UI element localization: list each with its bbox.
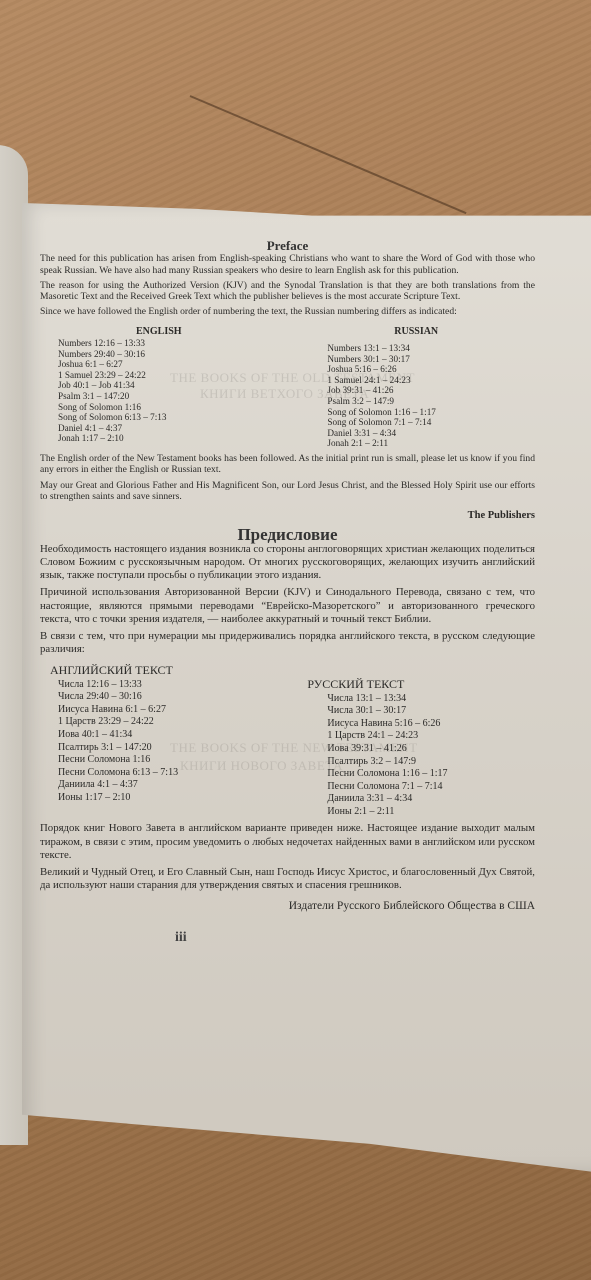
- ref-item: Job 40:1 – Job 41:34: [58, 380, 278, 391]
- ref-item: Иисуса Навина 6:1 – 6:27: [58, 704, 278, 717]
- preface-paragraph-ru: Необходимость настоящего издания возникл…: [40, 543, 535, 583]
- ref-item: Joshua 5:16 – 6:26: [327, 364, 535, 375]
- ref-item: Псалтирь 3:1 – 147:20: [58, 742, 278, 755]
- preface-paragraph-ru: Порядок книг Нового Завета в английском …: [40, 822, 535, 862]
- ref-item: Daniel 4:1 – 4:37: [58, 423, 278, 434]
- english-ref-list: Numbers 12:16 – 13:33 Numbers 29:40 – 30…: [40, 338, 278, 444]
- ref-item: Даниила 3:31 – 4:34: [327, 793, 535, 806]
- ref-item: Daniel 3:31 – 4:34: [327, 428, 535, 439]
- preface-paragraph-ru: Причиной использования Авторизованной Ве…: [40, 586, 535, 626]
- ref-item: Numbers 30:1 – 30:17: [327, 354, 535, 365]
- ref-item: Song of Solomon 7:1 – 7:14: [327, 417, 535, 428]
- english-column-heading: ENGLISH: [40, 326, 278, 337]
- ref-item: Numbers 29:40 – 30:16: [58, 349, 278, 360]
- ref-item: Песни Соломона 1:16 – 1:17: [327, 768, 535, 781]
- ref-item: Песни Соломона 7:1 – 7:14: [327, 781, 535, 794]
- ref-item: Псалтирь 3:2 – 147:9: [327, 756, 535, 769]
- ref-item: Песни Соломона 1:16: [58, 754, 278, 767]
- ref-item: Job 39:31 – 41:26: [327, 385, 535, 396]
- ref-item: Числа 12:16 – 13:33: [58, 679, 278, 692]
- preface-paragraph-ru: Великий и Чудный Отец, и Его Славный Сын…: [40, 866, 535, 892]
- preface-paragraph: Since we have followed the English order…: [40, 306, 535, 317]
- ref-item: Song of Solomon 6:13 – 7:13: [58, 412, 278, 423]
- ref-item: Ионы 2:1 – 2:11: [327, 806, 535, 819]
- ref-item: Jonah 2:1 – 2:11: [327, 438, 535, 449]
- page-content: Preface The need for this publication ha…: [40, 240, 535, 943]
- ref-item: Даниила 4:1 – 4:37: [58, 779, 278, 792]
- english-column-ru: АНГЛИЙСКИЙ ТЕКСТ Числа 12:16 – 13:33 Чис…: [40, 664, 278, 818]
- preface-title-ru: Предисловие: [40, 528, 535, 541]
- ref-item: Jonah 1:17 – 2:10: [58, 433, 278, 444]
- ref-item: Числа 30:1 – 30:17: [327, 705, 535, 718]
- ref-item: Psalm 3:1 – 147:20: [58, 391, 278, 402]
- russian-ref-list: Numbers 13:1 – 13:34 Numbers 30:1 – 30:1…: [297, 343, 535, 449]
- ref-item: Joshua 6:1 – 6:27: [58, 359, 278, 370]
- english-column-heading-ru: АНГЛИЙСКИЙ ТЕКСТ: [40, 664, 278, 677]
- ref-item: 1 Царств 24:1 – 24:23: [327, 730, 535, 743]
- signature-ru: Издатели Русского Библейского Общества в…: [40, 900, 535, 913]
- preface-title: Preface: [40, 240, 535, 251]
- preface-paragraph: The need for this publication has arisen…: [40, 253, 535, 276]
- ref-item: Числа 29:40 – 30:16: [58, 691, 278, 704]
- russian-column-ru: РУССКИЙ ТЕКСТ Числа 13:1 – 13:34 Числа 3…: [297, 664, 535, 818]
- english-ref-list-ru: Числа 12:16 – 13:33 Числа 29:40 – 30:16 …: [40, 679, 278, 805]
- ref-item: 1 Samuel 23:29 – 24:22: [58, 370, 278, 381]
- ref-item: 1 Царств 23:29 – 24:22: [58, 716, 278, 729]
- preface-russian: Предисловие Необходимость настоящего изд…: [40, 528, 535, 914]
- ref-item: Иисуса Навина 5:16 – 6:26: [327, 718, 535, 731]
- signature-en: The Publishers: [40, 510, 535, 521]
- english-column: ENGLISH Numbers 12:16 – 13:33 Numbers 29…: [40, 326, 278, 449]
- numbering-comparison-ru: АНГЛИЙСКИЙ ТЕКСТ Числа 12:16 – 13:33 Чис…: [40, 664, 535, 818]
- ref-item: Ионы 1:17 – 2:10: [58, 792, 278, 805]
- numbering-comparison-en: ENGLISH Numbers 12:16 – 13:33 Numbers 29…: [40, 326, 535, 449]
- preface-english: Preface The need for this publication ha…: [40, 240, 535, 522]
- ref-item: Song of Solomon 1:16 – 1:17: [327, 407, 535, 418]
- preface-paragraph: The reason for using the Authorized Vers…: [40, 280, 535, 303]
- ref-item: Иова 39:31 – 41:26: [327, 743, 535, 756]
- ref-item: Песни Соломона 6:13 – 7:13: [58, 767, 278, 780]
- preface-paragraph-ru: В связи с тем, что при нумерации мы прид…: [40, 630, 535, 656]
- page-number: iii: [175, 932, 535, 943]
- russian-column: RUSSIAN Numbers 13:1 – 13:34 Numbers 30:…: [297, 326, 535, 449]
- russian-column-heading-ru: РУССКИЙ ТЕКСТ: [297, 678, 535, 691]
- russian-column-heading: RUSSIAN: [297, 326, 535, 337]
- ref-item: Numbers 13:1 – 13:34: [327, 343, 535, 354]
- ref-item: Psalm 3:2 – 147:9: [327, 396, 535, 407]
- ref-item: Numbers 12:16 – 13:33: [58, 338, 278, 349]
- preface-paragraph: The English order of the New Testament b…: [40, 453, 535, 476]
- russian-ref-list-ru: Числа 13:1 – 13:34 Числа 30:1 – 30:17 Ии…: [297, 693, 535, 819]
- ref-item: Иова 40:1 – 41:34: [58, 729, 278, 742]
- ref-item: Song of Solomon 1:16: [58, 402, 278, 413]
- ref-item: 1 Samuel 24:1 – 24:23: [327, 375, 535, 386]
- ref-item: Числа 13:1 – 13:34: [327, 693, 535, 706]
- preface-paragraph: May our Great and Glorious Father and Hi…: [40, 480, 535, 503]
